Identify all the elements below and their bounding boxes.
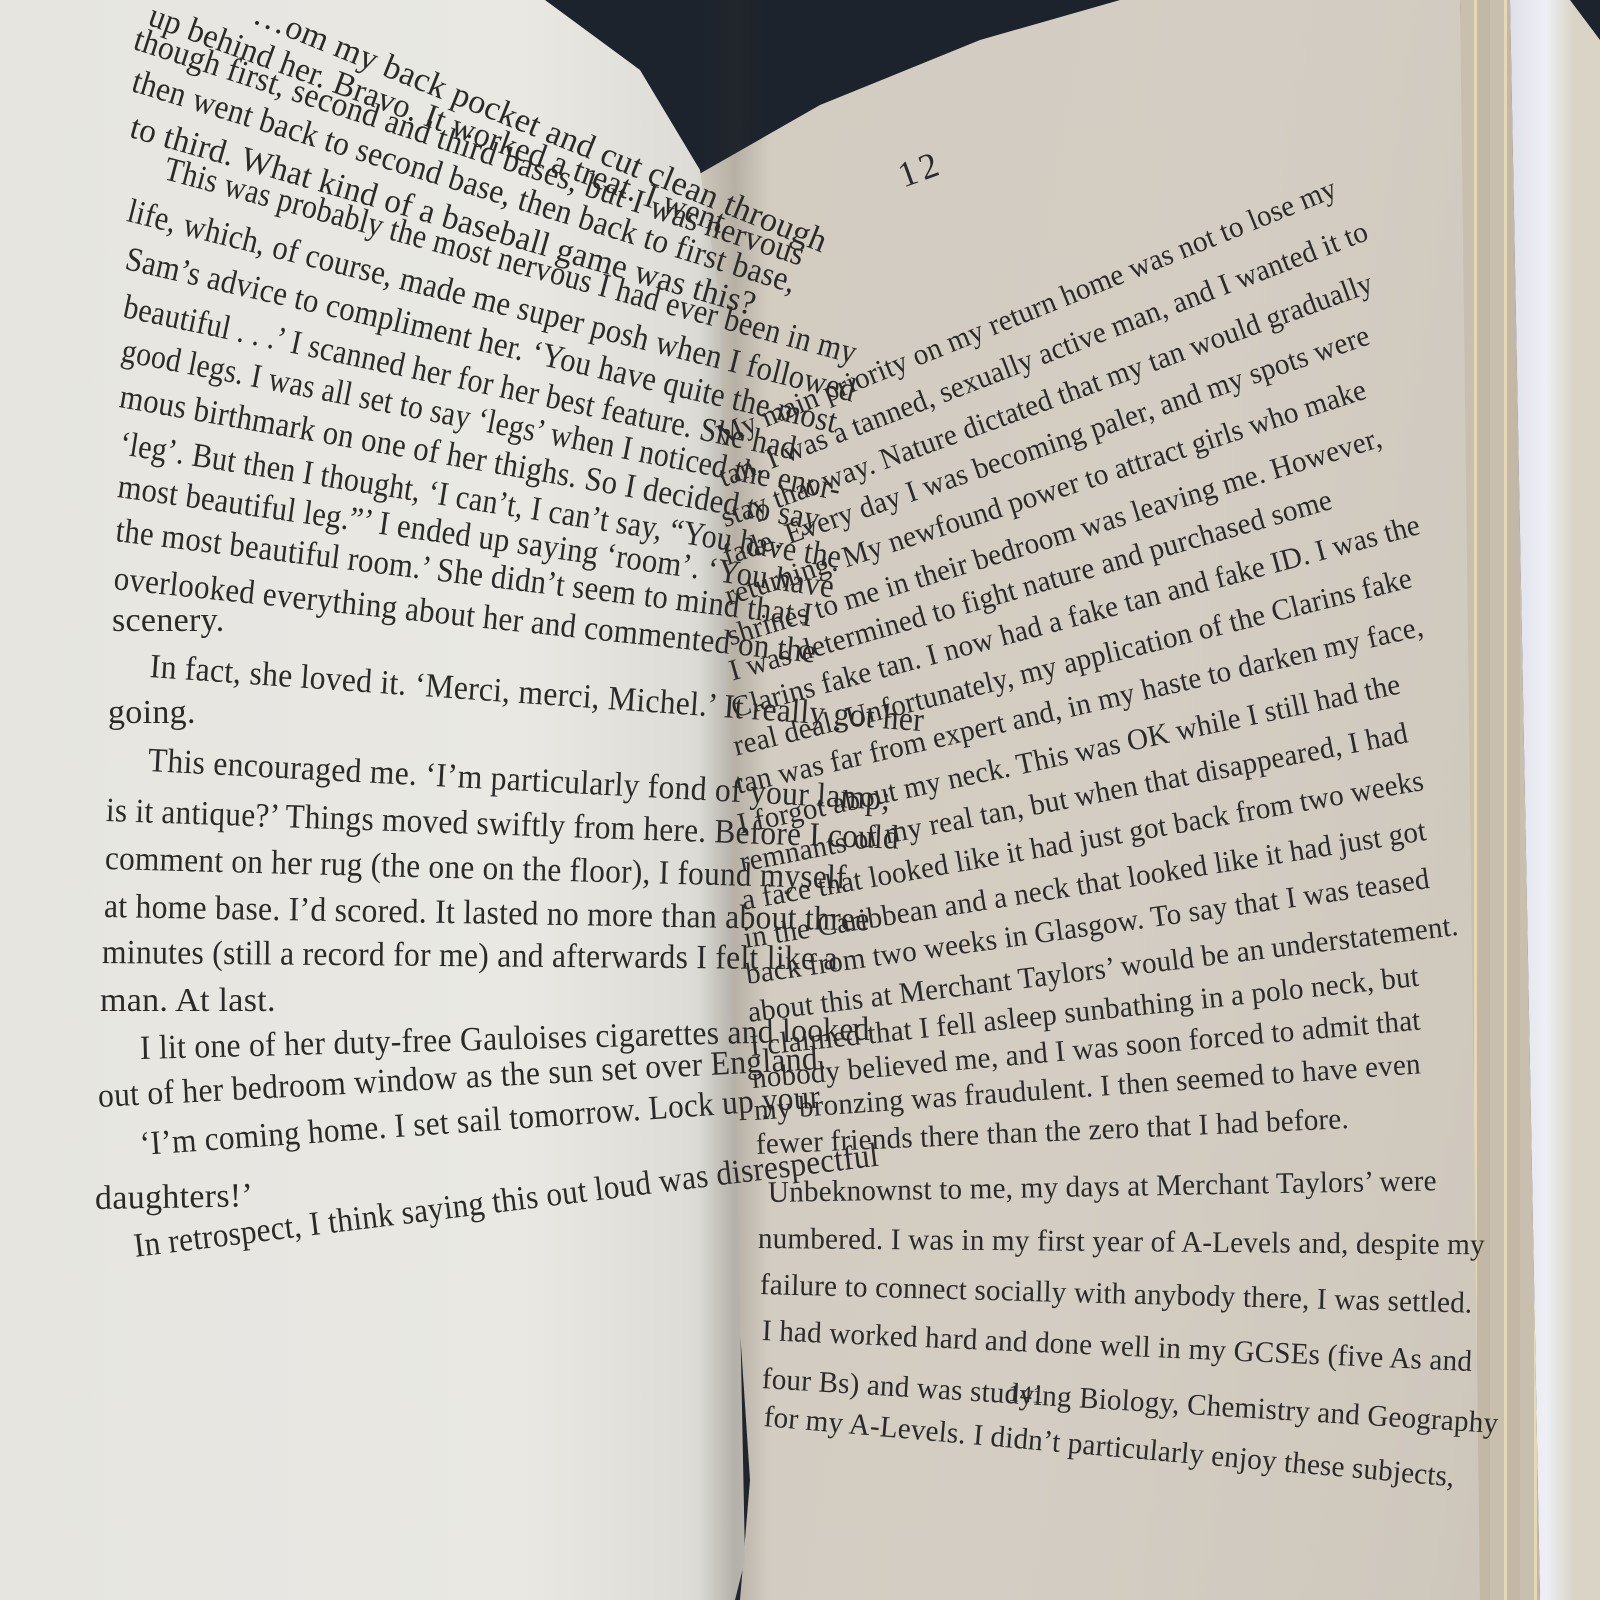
page-number: 141	[1007, 1381, 1045, 1410]
text-line: scenery.	[112, 602, 225, 640]
text-line: numbered. I was in my first year of A-Le…	[758, 1222, 1485, 1262]
text-line: man. At last.	[100, 982, 276, 1020]
text-line: going.	[108, 694, 196, 732]
text-line: minutes (still a record for me) and afte…	[102, 934, 838, 978]
book-photo: …om my back pocket and cut clean through…	[0, 0, 1600, 1600]
text-line: daughters!’	[95, 1177, 254, 1218]
